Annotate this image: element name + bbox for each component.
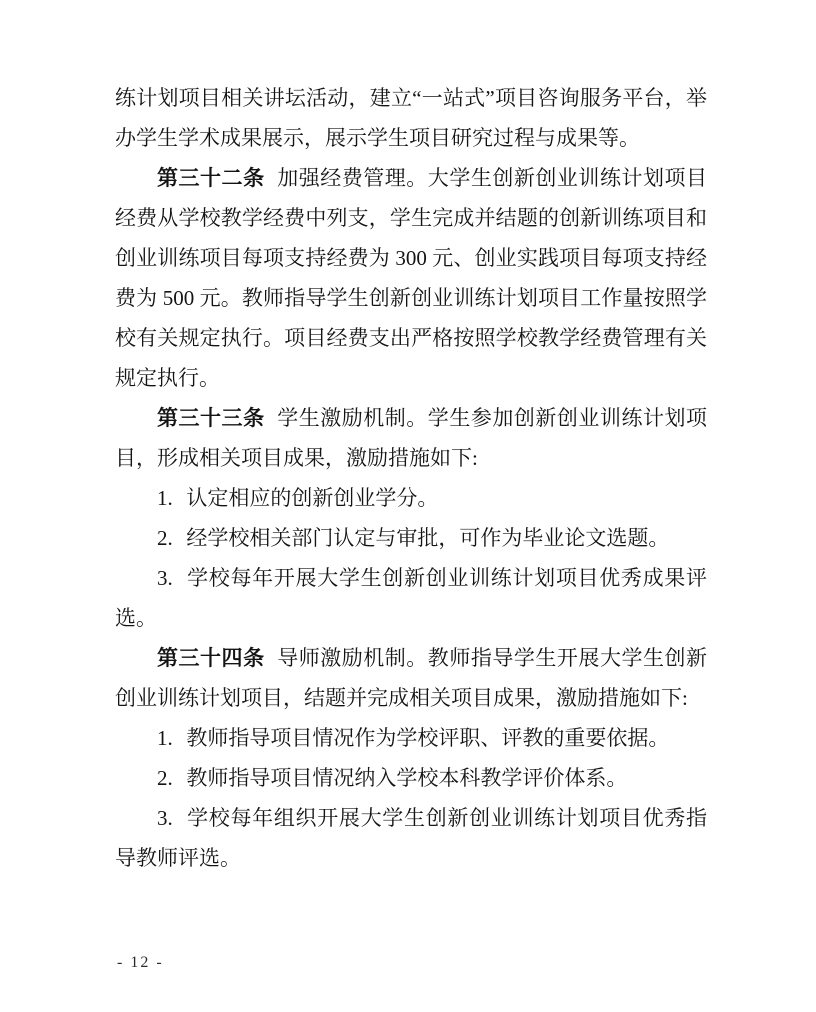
item-text: 学校每年开展大学生创新创业训练计划项目优秀成果评选。 xyxy=(115,566,707,630)
item-text: 学校每年组织开展大学生创新创业训练计划项目优秀指导教师评选。 xyxy=(115,806,707,870)
item-text: 教师指导项目情况作为学校评职、评教的重要依据。 xyxy=(186,726,669,750)
item-text: 教师指导项目情况纳入学校本科教学评价体系。 xyxy=(186,766,627,790)
list-item-paragraph: 2.经学校相关部门认定与审批，可作为毕业论文选题。 xyxy=(115,518,707,558)
article-number: 第三十四条 xyxy=(157,646,265,670)
list-item-paragraph: 2.教师指导项目情况纳入学校本科教学评价体系。 xyxy=(115,758,707,798)
article-paragraph-34: 第三十四条导师激励机制。教师指导学生开展大学生创新创业训练计划项目，结题并完成相… xyxy=(115,638,707,718)
item-number: 2. xyxy=(157,766,173,790)
article-text: 加强经费管理。大学生创新创业训练计划项目经费从学校教学经费中列支，学生完成并结题… xyxy=(115,166,707,390)
paragraph-continuation: 练计划项目相关讲坛活动，建立“一站式”项目咨询服务平台，举办学生学术成果展示，展… xyxy=(115,78,707,158)
list-item-paragraph: 3.学校每年组织开展大学生创新创业训练计划项目优秀指导教师评选。 xyxy=(115,798,707,878)
item-text: 经学校相关部门认定与审批，可作为毕业论文选题。 xyxy=(186,526,669,550)
item-number: 3. xyxy=(157,806,173,830)
page-number: - 12 - xyxy=(117,953,164,973)
list-item-paragraph: 1.教师指导项目情况作为学校评职、评教的重要依据。 xyxy=(115,718,707,758)
article-number: 第三十三条 xyxy=(157,406,265,430)
item-number: 2. xyxy=(157,526,173,550)
paragraph-text: 练计划项目相关讲坛活动，建立“一站式”项目咨询服务平台，举办学生学术成果展示，展… xyxy=(115,86,707,150)
list-item-paragraph: 3.学校每年开展大学生创新创业训练计划项目优秀成果评选。 xyxy=(115,558,707,638)
document-page: 练计划项目相关讲坛活动，建立“一站式”项目咨询服务平台，举办学生学术成果展示，展… xyxy=(0,0,816,1012)
item-number: 1. xyxy=(157,726,173,750)
item-number: 1. xyxy=(157,486,173,510)
item-text: 认定相应的创新创业学分。 xyxy=(186,486,438,510)
list-item-paragraph: 1.认定相应的创新创业学分。 xyxy=(115,478,707,518)
article-paragraph-33: 第三十三条学生激励机制。学生参加创新创业训练计划项目，形成相关项目成果，激励措施… xyxy=(115,398,707,478)
article-number: 第三十二条 xyxy=(157,166,265,190)
item-number: 3. xyxy=(157,566,173,590)
article-paragraph-32: 第三十二条加强经费管理。大学生创新创业训练计划项目经费从学校教学经费中列支，学生… xyxy=(115,158,707,398)
document-body: 练计划项目相关讲坛活动，建立“一站式”项目咨询服务平台，举办学生学术成果展示，展… xyxy=(115,78,707,878)
